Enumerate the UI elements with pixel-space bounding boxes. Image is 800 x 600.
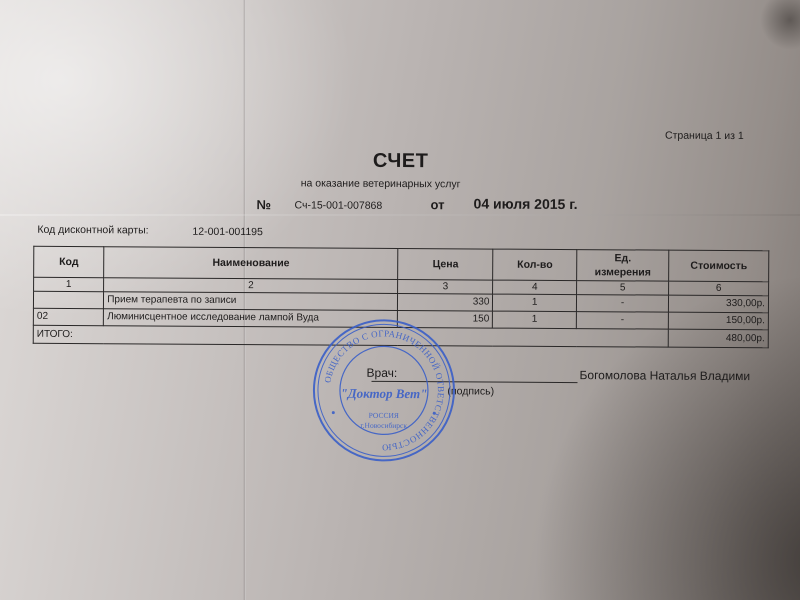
discount-card-label: Код дисконтной карты: xyxy=(37,224,148,237)
invoice-number: Сч-15-001-007868 xyxy=(295,199,383,212)
header-cost: Стоимость xyxy=(669,250,769,282)
total-label: ИТОГО: xyxy=(33,325,668,347)
stamp-outer-text: ОБЩЕСТВО С ОГРАНИЧЕННОЙ ОТВЕТСТВЕННОСТЬЮ xyxy=(322,328,446,453)
column-number: 1 xyxy=(34,277,104,291)
stamp-city: г.Новосибирск xyxy=(360,421,407,430)
row-cost: 150,00р. xyxy=(669,312,769,330)
total-row: ИТОГО: 480,00р. xyxy=(33,325,768,347)
header-unit-line2: измерения xyxy=(580,265,665,280)
column-number: 4 xyxy=(493,280,577,295)
services-table: Код Наименование Цена Кол-во Ед. измерен… xyxy=(33,246,770,348)
row-price: 330 xyxy=(398,293,493,311)
page-label: Страница 1 из 1 xyxy=(665,130,744,142)
invoice-subtitle: на оказание ветеринарных услуг xyxy=(301,177,461,190)
invoice-photo: Страница 1 из 1 СЧЕТ на оказание ветерин… xyxy=(0,0,800,600)
table-header-row: Код Наименование Цена Кол-во Ед. измерен… xyxy=(34,246,769,281)
header-unit-line1: Ед. xyxy=(580,251,665,266)
invoice-title: СЧЕТ xyxy=(373,150,429,173)
invoice-document: Страница 1 из 1 СЧЕТ на оказание ветерин… xyxy=(0,0,800,600)
column-number: 3 xyxy=(398,279,493,294)
svg-text:ОБЩЕСТВО С ОГРАНИЧЕННОЙ ОТВЕТС: ОБЩЕСТВО С ОГРАНИЧЕННОЙ ОТВЕТСТВЕННОСТЬЮ xyxy=(322,328,446,453)
header-code: Код xyxy=(34,246,104,277)
header-price: Цена xyxy=(398,248,493,280)
row-unit: - xyxy=(576,295,668,313)
row-code: 02 xyxy=(33,308,103,325)
doctor-label: Врач: xyxy=(367,366,398,380)
stamp-country: РОССИЯ xyxy=(369,411,399,420)
header-name: Наименование xyxy=(104,247,398,280)
row-name: Люминисцентное исследование лампой Вуда xyxy=(104,309,398,328)
number-sign: № xyxy=(257,197,272,212)
row-qty: 1 xyxy=(493,294,577,312)
stamp-center-text: "Доктор Вет" xyxy=(340,386,427,402)
doctor-name: Богомолова Наталья Владими xyxy=(580,368,800,383)
signature-caption: (подпись) xyxy=(447,385,494,397)
header-qty: Кол-во xyxy=(493,249,577,281)
header-unit: Ед. измерения xyxy=(577,250,669,282)
row-price: 150 xyxy=(398,310,493,328)
date-prefix: от xyxy=(431,197,445,212)
row-cost: 330,00р. xyxy=(669,295,769,313)
row-code xyxy=(33,291,103,308)
discount-card-value: 12-001-001195 xyxy=(192,226,263,238)
column-number: 6 xyxy=(669,281,769,296)
signature-line xyxy=(371,381,577,383)
row-qty: 1 xyxy=(493,311,577,329)
total-value: 480,00р. xyxy=(668,329,768,348)
row-name: Прием терапевта по записи xyxy=(104,292,398,311)
row-unit: - xyxy=(576,312,668,330)
column-number: 5 xyxy=(577,281,669,296)
invoice-date: 04 июля 2015 г. xyxy=(474,195,578,212)
